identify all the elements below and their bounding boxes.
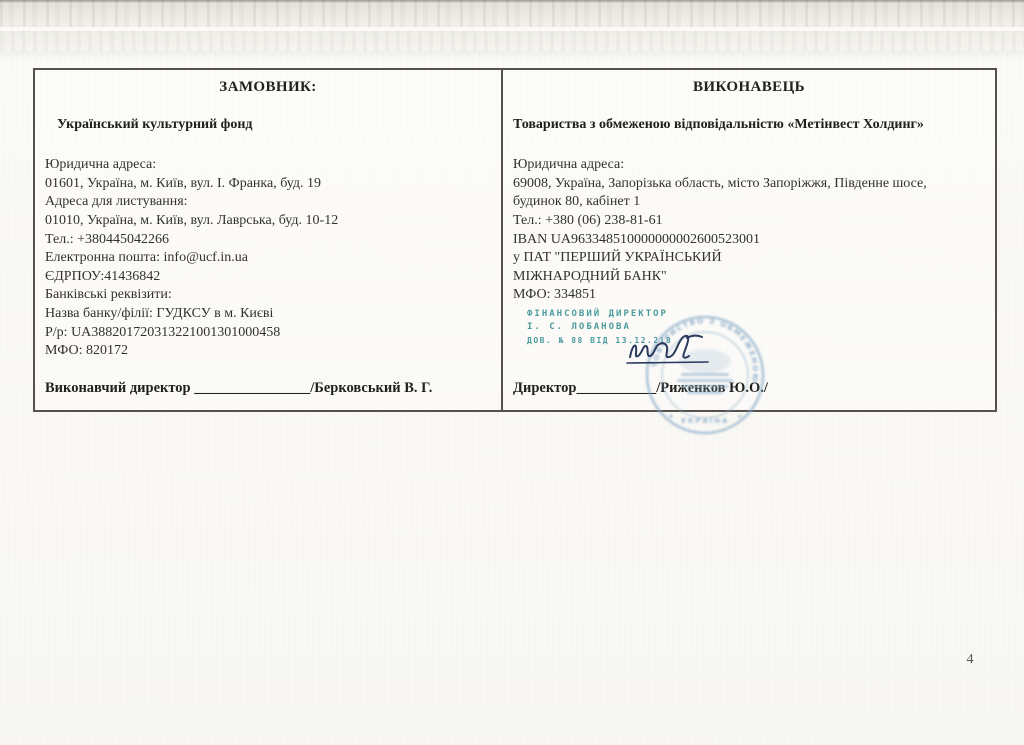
executor-detail-line: будинок 80, кабінет 1 bbox=[513, 193, 985, 212]
customer-detail-line: Назва банку/філії: ГУДКСУ в м. Києві bbox=[45, 305, 491, 324]
customer-detail-line: Юридична адреса: bbox=[45, 156, 491, 175]
scan-noise-band bbox=[0, 31, 1024, 51]
executor-detail-line: Юридична адреса: bbox=[513, 156, 985, 175]
customer-detail-line: Банківські реквізити: bbox=[45, 286, 491, 305]
executor-detail-line: 69008, Україна, Запорізька область, міст… bbox=[513, 175, 985, 194]
customer-signature-row: Виконавчий директор ________________/Бер… bbox=[45, 379, 493, 398]
customer-cell: ЗАМОВНИК: Український культурний фонд Юр… bbox=[35, 70, 503, 410]
customer-detail-line: Тел.: +380445042266 bbox=[45, 231, 491, 250]
customer-detail-line: Адреса для листування: bbox=[45, 193, 491, 212]
executor-detail-line: у ПАТ "ПЕРШИЙ УКРАЇНСЬКИЙ bbox=[513, 249, 985, 268]
customer-header: ЗАМОВНИК: bbox=[45, 78, 491, 97]
executor-details: Юридична адреса: 69008, Україна, Запоріз… bbox=[513, 156, 985, 305]
customer-name: Український культурний фонд bbox=[57, 116, 491, 135]
executor-signature-role: Директор bbox=[513, 380, 576, 396]
scan-noise-band bbox=[0, 51, 1024, 61]
customer-details: Юридична адреса: 01601, Україна, м. Київ… bbox=[45, 156, 491, 361]
handwritten-signature bbox=[624, 329, 724, 373]
executor-header: ВИКОНАВЕЦЬ bbox=[513, 78, 985, 97]
customer-detail-line: ЄДРПОУ:41436842 bbox=[45, 268, 491, 287]
executor-detail-line: IBAN UA963348510000000002600523001 bbox=[513, 231, 985, 250]
customer-signature-role: Виконавчий директор bbox=[45, 380, 194, 396]
customer-detail-line: 01601, Україна, м. Київ, вул. І. Франка,… bbox=[45, 175, 491, 194]
executor-detail-line: МІЖНАРОДНИЙ БАНК" bbox=[513, 268, 985, 287]
svg-text:✶: ✶ bbox=[737, 413, 743, 421]
scan-noise-band bbox=[0, 0, 1024, 27]
signatures-table: ЗАМОВНИК: Український культурний фонд Юр… bbox=[33, 68, 997, 412]
customer-detail-line: 01010, Україна, м. Київ, вул. Лаврська, … bbox=[45, 212, 491, 231]
executor-name: Товариства з обмеженою відповідальністю … bbox=[513, 116, 985, 135]
customer-detail-line: МФО: 820172 bbox=[45, 342, 491, 361]
customer-detail-line: Електронна пошта: info@ucf.in.ua bbox=[45, 249, 491, 268]
scanned-document-page: ЗАМОВНИК: Український культурний фонд Юр… bbox=[0, 0, 1024, 745]
customer-signature-name: /Берковський В. Г. bbox=[310, 380, 432, 396]
customer-signature-blank: ________________ bbox=[194, 380, 310, 396]
customer-detail-line: Р/р: UA388201720313221001301000458 bbox=[45, 324, 491, 343]
executor-detail-line: МФО: 334851 bbox=[513, 286, 985, 305]
seal-bottom-text: УКРАЇНА bbox=[681, 416, 730, 425]
page-number: 4 bbox=[960, 652, 980, 668]
executor-detail-line: Тел.: +380 (06) 238-81-61 bbox=[513, 212, 985, 231]
svg-text:✶: ✶ bbox=[668, 413, 674, 421]
